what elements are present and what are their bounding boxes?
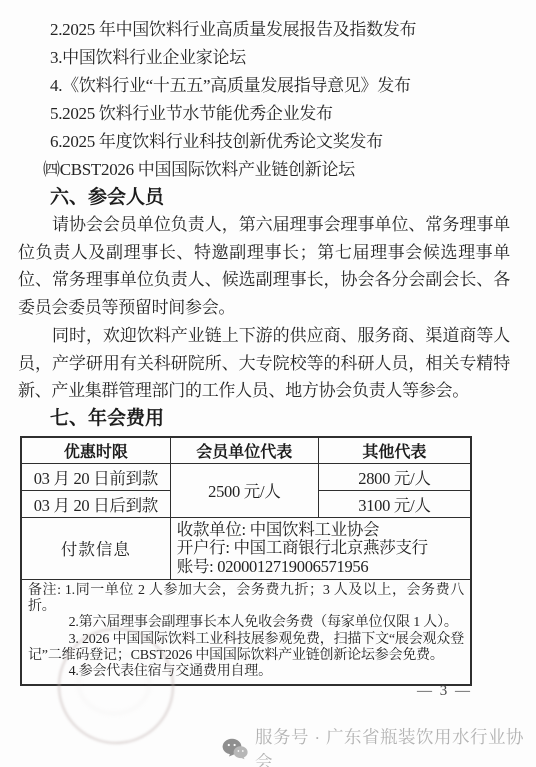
page-number: — 3 — xyxy=(417,683,472,700)
payment-info-row: 付款信息 收款单位: 中国饮料工业协会 开户行: 中国工商银行北京燕莎支行 账号… xyxy=(21,517,471,580)
footer-account-name: 服务号 · 广东省瓶装饮用水行业协会 xyxy=(255,724,536,767)
notes-label: 备注: xyxy=(28,583,65,598)
agenda-list: 2.2025 年中国饮料行业高质量发展报告及指数发布 3.中国饮料行业企业家论坛… xyxy=(18,16,510,184)
agenda-item: ㈣CBST2026 中国国际饮料产业链创新论坛 xyxy=(43,156,510,184)
payment-bank: 开户行: 中国工商银行北京燕莎支行 xyxy=(177,539,464,558)
fee-header-other: 其他代表 xyxy=(318,437,471,464)
agenda-item: 2.2025 年中国饮料行业高质量发展报告及指数发布 xyxy=(50,16,510,44)
fee-member-price: 2500 元/人 xyxy=(170,463,318,517)
fee-table-header-row: 优惠时限 会员单位代表 其他代表 xyxy=(21,437,471,464)
agenda-item: 3.中国饮料行业企业家论坛 xyxy=(50,44,510,72)
payment-account: 账号: 0200012719006571956 xyxy=(177,558,464,577)
fee-header-member: 会员单位代表 xyxy=(170,437,318,464)
payment-label: 付款信息 xyxy=(21,517,170,580)
official-seal-stamp-inner xyxy=(78,652,150,714)
agenda-item: 6.2025 年度饮料行业科技创新优秀论文奖发布 xyxy=(50,128,510,156)
document-page: 2.2025 年中国饮料行业高质量发展报告及指数发布 3.中国饮料行业企业家论坛… xyxy=(0,0,536,767)
note-item: 2.第六届理事会副理事长本人免收会务费（每家单位仅限 1 人）。 xyxy=(28,615,464,631)
fee-time-late: 03 月 20 日后到款 xyxy=(21,490,170,517)
wechat-footer: 服务号 · 广东省瓶装饮用水行业协会 xyxy=(222,736,536,762)
wechat-icon xyxy=(222,738,248,760)
document-content: 2.2025 年中国饮料行业高质量发展报告及指数发布 3.中国饮料行业企业家论坛… xyxy=(0,0,536,686)
agenda-item: 5.2025 饮料行业节水节能优秀企业发布 xyxy=(50,100,510,128)
fee-row-early: 03 月 20 日前到款 2500 元/人 2800 元/人 xyxy=(21,463,471,490)
agenda-item: 4.《饮料行业“十五五”高质量发展指导意见》发布 xyxy=(50,72,510,100)
section-title-fees: 七、年会费用 xyxy=(50,407,510,431)
fee-time-early: 03 月 20 日前到款 xyxy=(21,463,170,490)
participants-paragraph-1: 请协会会员单位负责人，第六届理事会理事单位、常务理事单位负责人及副理事长、特邀副… xyxy=(18,211,510,321)
note-item: 备注: 1.同一单位 2 人参加大会，会务费九折；3 人及以上，会务费八折。 xyxy=(28,583,464,615)
fee-other-early-price: 2800 元/人 xyxy=(318,463,471,490)
participants-paragraph-2: 同时，欢迎饮料产业链上下游的供应商、服务商、渠道商等人员，产学研用有关科研院所、… xyxy=(18,322,510,405)
fee-header-time: 优惠时限 xyxy=(21,437,170,464)
payment-details: 收款单位: 中国饮料工业协会 开户行: 中国工商银行北京燕莎支行 账号: 020… xyxy=(170,517,471,580)
section-title-participants: 六、参会人员 xyxy=(50,186,510,210)
note-text: 1.同一单位 2 人参加大会，会务费九折；3 人及以上，会务费八折。 xyxy=(28,583,464,614)
payment-payee: 收款单位: 中国饮料工业协会 xyxy=(177,521,464,540)
fee-other-late-price: 3100 元/人 xyxy=(318,490,471,517)
